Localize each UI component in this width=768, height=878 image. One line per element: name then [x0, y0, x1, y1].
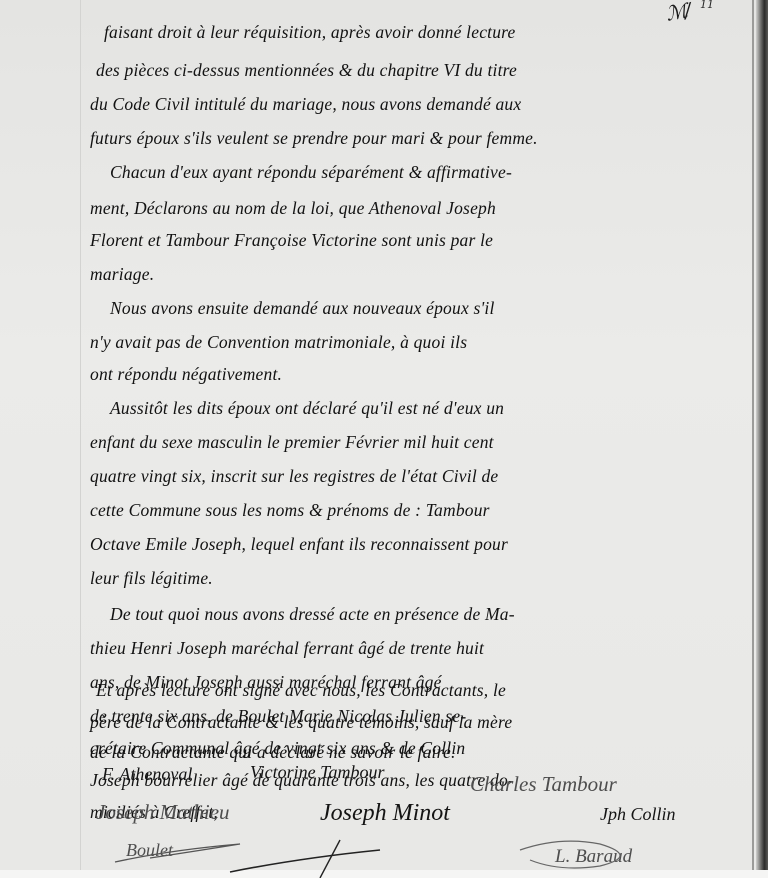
- register-page: ℳ/ 11 faisant droit à leur réquisition, …: [0, 0, 768, 878]
- signature-flourishes: [0, 0, 768, 878]
